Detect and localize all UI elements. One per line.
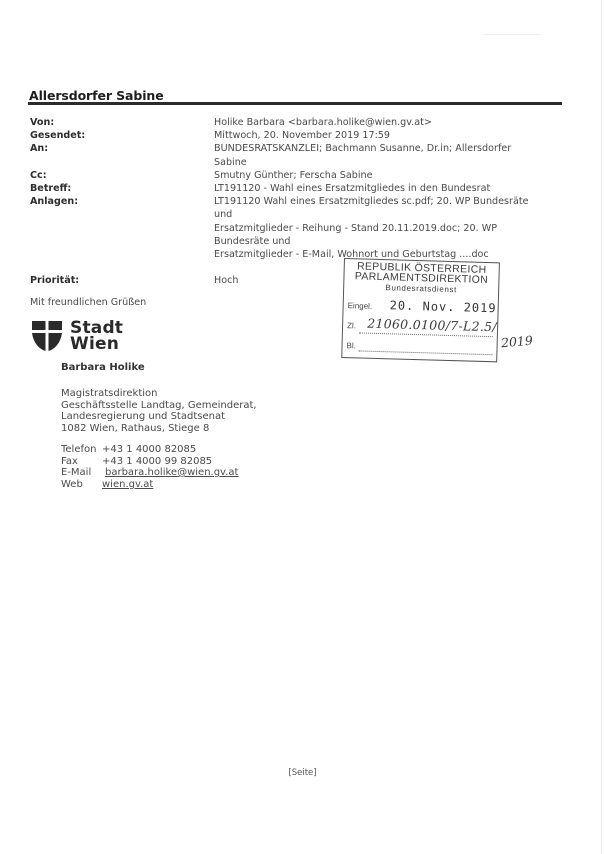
stamp-handwritten-year: 2019 bbox=[500, 333, 533, 351]
signature-org-line: Landesregierung und Stadtsenat bbox=[61, 411, 257, 423]
signature-org-line: Magistratsdirektion bbox=[61, 388, 257, 400]
email-field-value-line: Smutny Günther; Ferscha Sabine bbox=[214, 169, 544, 182]
signature-contacts: Telefon+43 1 4000 82085Fax+43 1 4000 99 … bbox=[61, 444, 238, 490]
stadt-wien-logo: Stadt Wien bbox=[32, 320, 123, 352]
contact-label: E-Mail bbox=[61, 467, 102, 479]
email-field-row: Von:Holike Barbara <barbara.holike@wien.… bbox=[30, 116, 544, 129]
email-field-row: An:BUNDESRATSKANZLEI; Bachmann Susanne, … bbox=[30, 142, 544, 168]
contact-label: Web bbox=[61, 479, 102, 491]
contact-value: +43 1 4000 82085 bbox=[102, 444, 196, 456]
vienna-shield-icon bbox=[32, 321, 62, 351]
email-field-row: Anlagen:LT191120 Wahl eines Ersatzmitgli… bbox=[30, 195, 544, 261]
contact-value: +43 1 4000 99 82085 bbox=[102, 456, 212, 468]
contact-label: Telefon bbox=[61, 444, 102, 456]
email-field-label: Anlagen: bbox=[30, 195, 214, 261]
email-field-value: Mittwoch, 20. November 2019 17:59 bbox=[214, 129, 544, 142]
email-field-value-line: Mittwoch, 20. November 2019 17:59 bbox=[214, 129, 544, 142]
email-field-value-line: Ersatzmitglieder - Reihung - Stand 20.11… bbox=[214, 222, 544, 248]
stamp-handwritten-reference: 21060.0100/7-L2.5/ bbox=[367, 316, 497, 335]
contact-row-email: E-Mailbarbara.holike@wien.gv.at bbox=[61, 467, 238, 479]
contact-link[interactable]: wien.gv.at bbox=[102, 479, 153, 491]
stamp-zl-label: Zl. bbox=[347, 321, 356, 330]
email-field-label: Von: bbox=[30, 116, 214, 129]
email-field-label: Cc: bbox=[30, 169, 214, 182]
email-field-row: Gesendet:Mittwoch, 20. November 2019 17:… bbox=[30, 129, 544, 142]
signature-organization: MagistratsdirektionGeschäftsstelle Landt… bbox=[61, 388, 257, 434]
stamp-title: REPUBLIK ÖSTERREICH PARLAMENTSDIREKTION bbox=[344, 262, 498, 285]
logo-line-2: Wien bbox=[70, 336, 123, 352]
email-field-value-line: LT191120 - Wahl eines Ersatzmitgliedes i… bbox=[214, 182, 544, 195]
signature-org-line: 1082 Wien, Rathaus, Stiege 8 bbox=[61, 423, 257, 435]
stamp-bl-dotted-line bbox=[358, 350, 492, 355]
contact-row-telefon: Telefon+43 1 4000 82085 bbox=[61, 444, 238, 456]
signature-org-line: Geschäftsstelle Landtag, Gemeinderat, bbox=[61, 400, 257, 412]
email-field-value-line: BUNDESRATSKANZLEI; Bachmann Susanne, Dr.… bbox=[214, 142, 544, 168]
contact-row-web: Webwien.gv.at bbox=[61, 479, 238, 491]
header-divider bbox=[28, 102, 562, 105]
email-field-value: Smutny Günther; Ferscha Sabine bbox=[214, 169, 544, 182]
greeting-text: Mit freundlichen Grüßen bbox=[30, 297, 146, 308]
stamp-eingel-label: Eingel. bbox=[348, 301, 373, 311]
email-field-label: Gesendet: bbox=[30, 129, 214, 142]
email-field-value: LT191120 Wahl eines Ersatzmitgliedes sc.… bbox=[214, 195, 544, 261]
contact-link[interactable]: barbara.holike@wien.gv.at bbox=[105, 467, 238, 479]
contact-row-fax: Fax+43 1 4000 99 82085 bbox=[61, 456, 238, 468]
signature-name: Barbara Holike bbox=[61, 362, 145, 373]
email-field-row: Betreff:LT191120 - Wahl eines Ersatzmitg… bbox=[30, 182, 544, 195]
stamp-bl-label: Bl. bbox=[346, 341, 356, 350]
email-field-label: An: bbox=[30, 142, 214, 168]
received-stamp: REPUBLIK ÖSTERREICH PARLAMENTSDIREKTION … bbox=[341, 258, 500, 362]
scan-page-edge bbox=[601, 0, 602, 854]
email-field-value: LT191120 - Wahl eines Ersatzmitgliedes i… bbox=[214, 182, 544, 195]
email-field-row: Cc:Smutny Günther; Ferscha Sabine bbox=[30, 169, 544, 182]
email-field-label: Priorität: bbox=[30, 274, 214, 287]
email-field-label: Betreff: bbox=[30, 182, 214, 195]
page-footer: [Seite] bbox=[0, 768, 605, 778]
email-field-value-line: Holike Barbara <barbara.holike@wien.gv.a… bbox=[214, 116, 544, 129]
mailbox-owner-name: Allersdorfer Sabine bbox=[29, 88, 164, 103]
contact-label: Fax bbox=[61, 456, 102, 468]
scan-artifact bbox=[484, 8, 540, 35]
email-field-value: BUNDESRATSKANZLEI; Bachmann Susanne, Dr.… bbox=[214, 142, 544, 168]
logo-wordmark: Stadt Wien bbox=[70, 320, 123, 352]
email-field-value: Holike Barbara <barbara.holike@wien.gv.a… bbox=[214, 116, 544, 129]
email-field-value-line: LT191120 Wahl eines Ersatzmitgliedes sc.… bbox=[214, 195, 544, 221]
stamp-received-date: 20. Nov. 2019 bbox=[390, 298, 497, 315]
